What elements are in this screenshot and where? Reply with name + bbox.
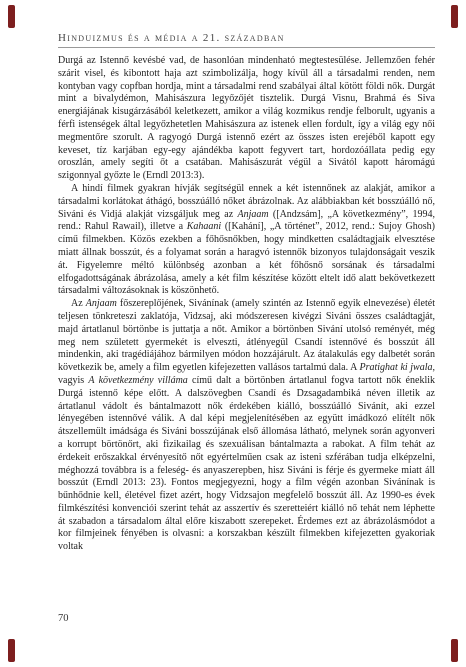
corner-registration-mark-top-left [8,5,15,28]
text-block: Hinduizmus és a média a 21. században Du… [58,32,435,554]
italic-title-text: Anjaam [237,209,268,220]
italic-title-text: Pratighat ki jwala [359,362,432,373]
paragraph-durga-description: Durgá az Istennő kevésbé vad, de hasonló… [58,55,435,183]
body-run: Durgá az Istennő kevésbé vad, de hasonló… [58,55,435,181]
paragraph-anjaam-analysis: Az Anjaam főszereplőjének, Sivánínak (am… [58,298,435,554]
corner-registration-mark-bottom-right [451,639,458,662]
page-number: 70 [58,613,69,624]
body-run: című dalt a börtönben ártatlanul fogva t… [58,375,435,552]
body-text: Durgá az Istennő kevésbé vad, de hasonló… [58,55,435,554]
italic-title-text: A következmény villáma [88,375,187,386]
paragraph-hindi-films: A hindí filmek gyakran hívják segítségül… [58,183,435,298]
running-header: Hinduizmus és a média a 21. században [58,32,435,48]
body-run: ([Kahání], „A történet”, 2012, rend.: Su… [58,221,435,296]
book-page: Hinduizmus és a média a 21. században Du… [0,0,466,667]
corner-registration-mark-bottom-left [8,639,15,662]
corner-registration-mark-top-right [451,5,458,28]
italic-title-text: Kahaani [187,221,221,232]
body-run: Az [71,298,86,309]
italic-title-text: Anjaam [86,298,117,309]
